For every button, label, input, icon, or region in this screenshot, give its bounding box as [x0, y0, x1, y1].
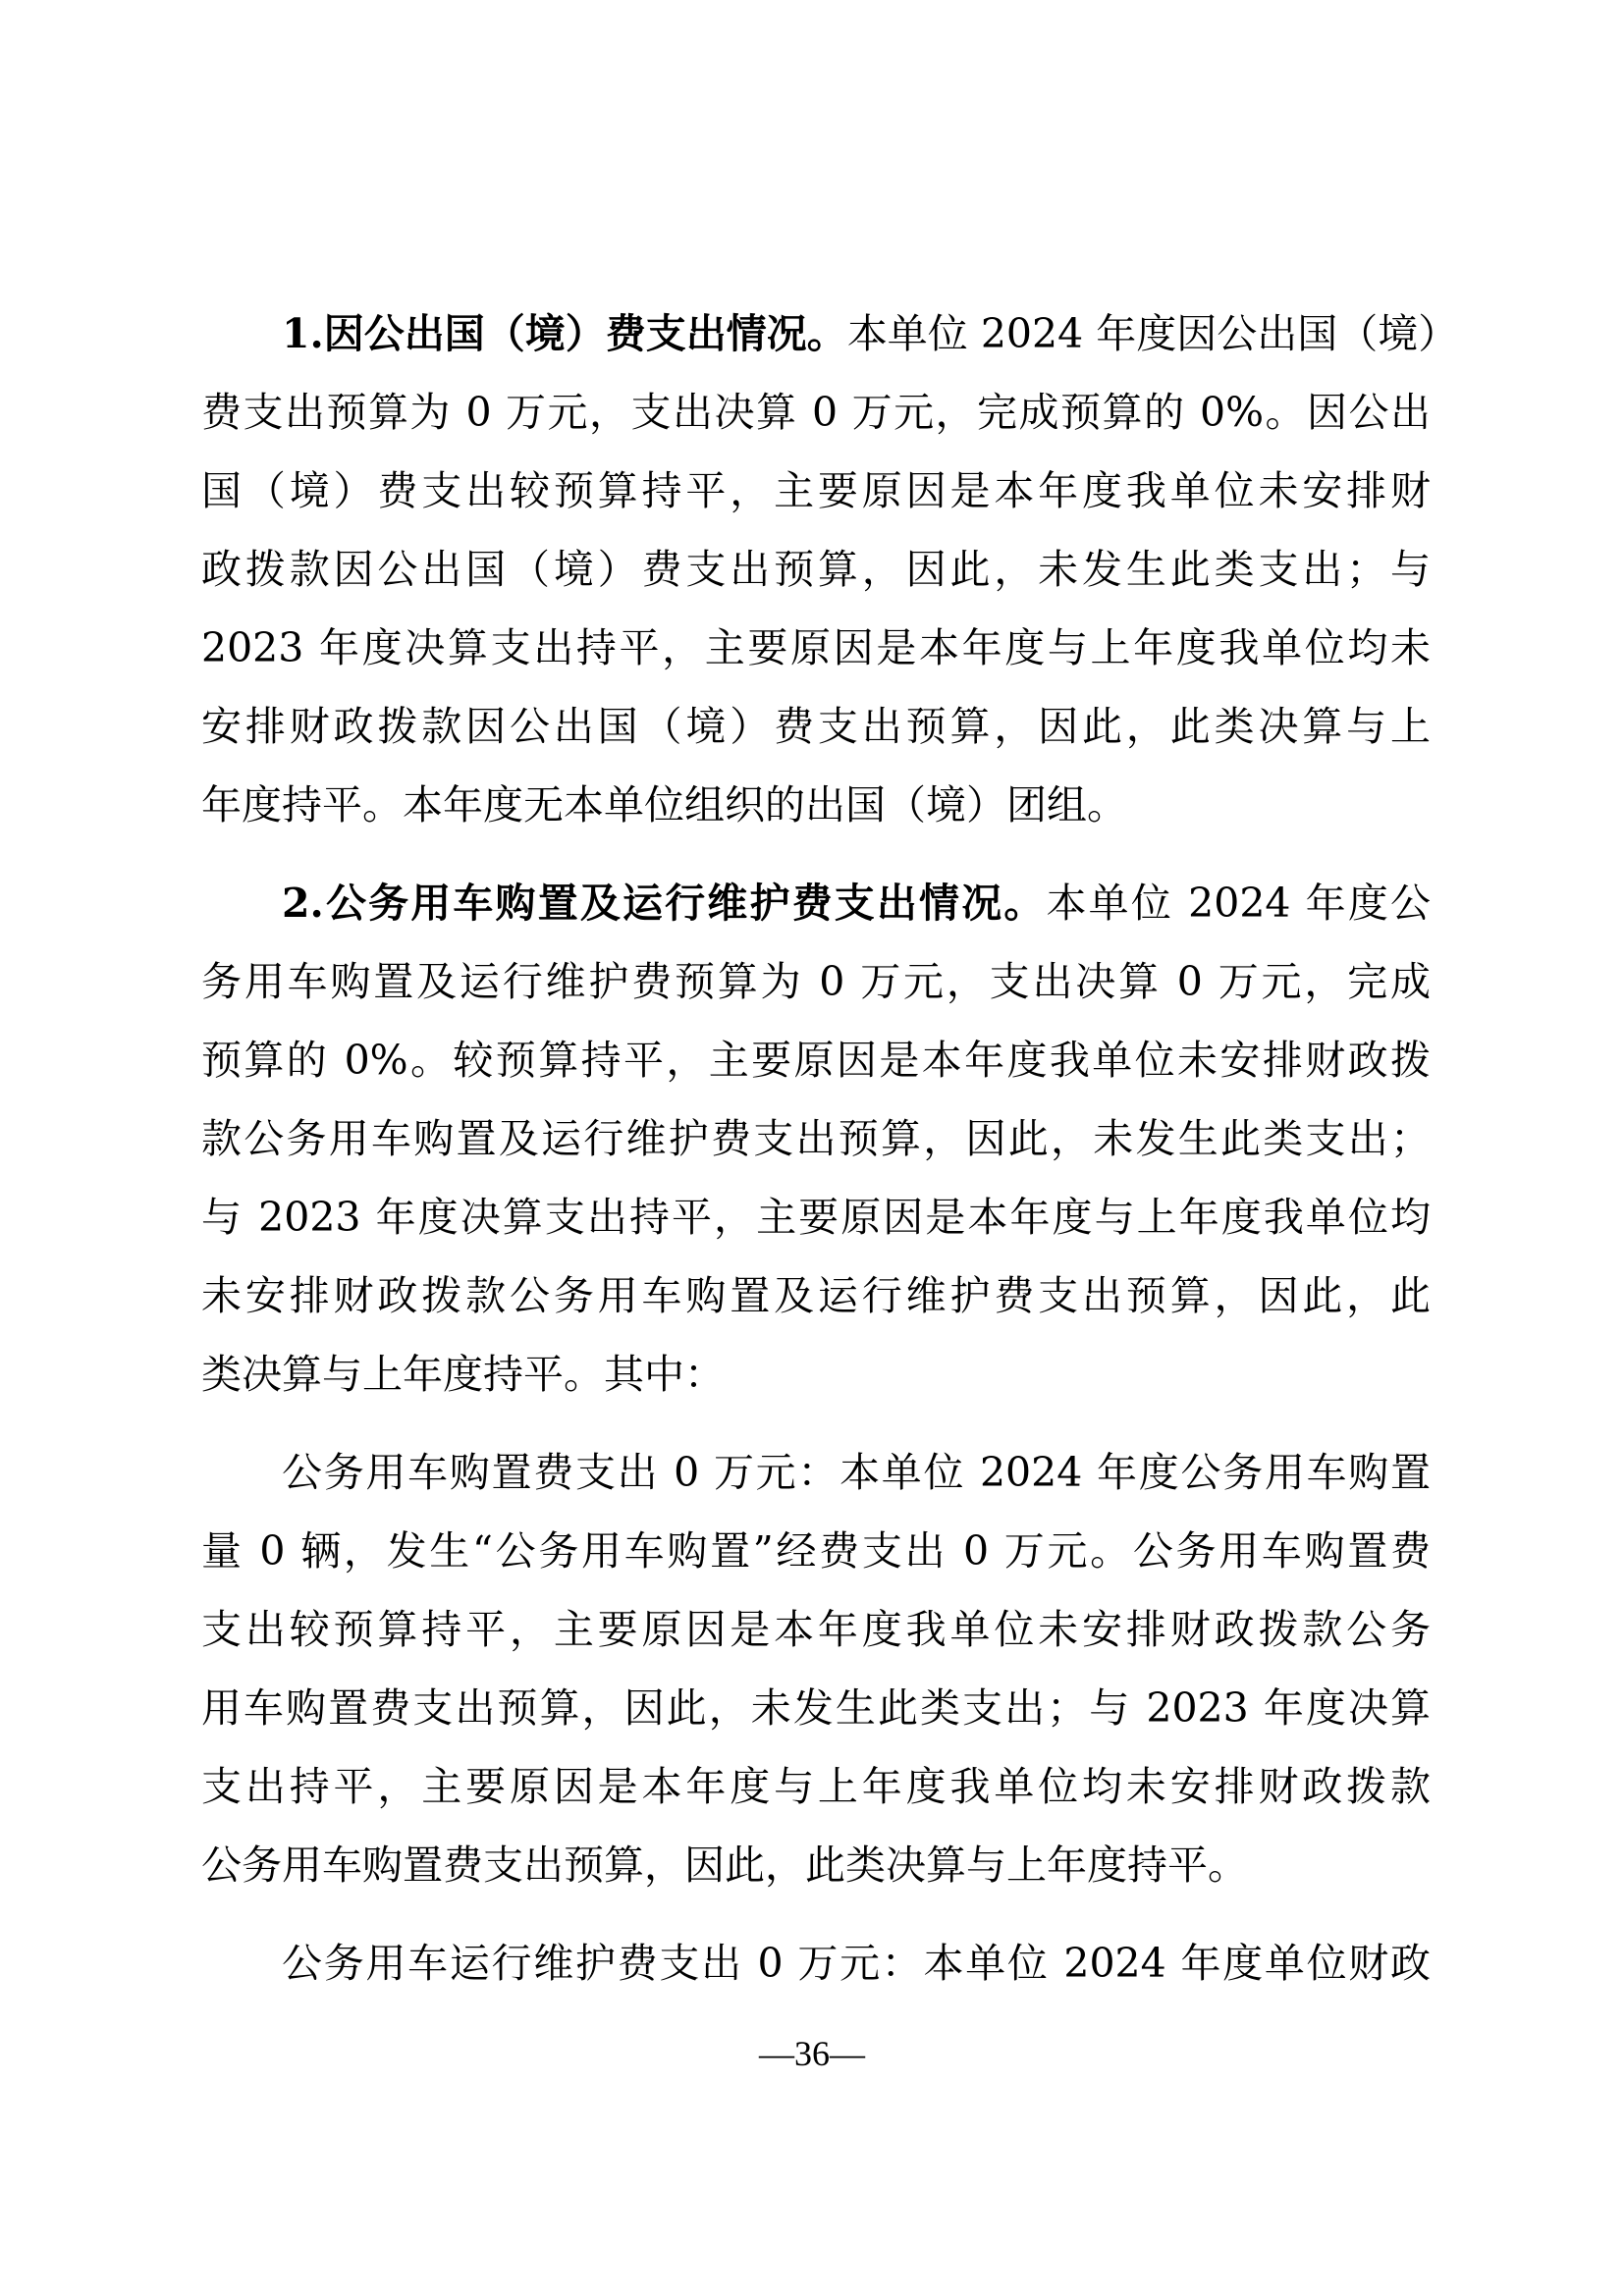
paragraph-vehicle-purchase-and-maintenance: 2.公务用车购置及运行维护费支出情况。本单位 2024 年度公 务用车购置及运行… [201, 876, 1431, 1425]
text-line: 公务用车购置费支出预算，因此，此类决算与上年度持平。 [201, 1838, 1431, 1916]
body-text: 1.因公出国（境）费支出情况。本单位 2024 年度因公出国（境） 费支出预算为… [201, 306, 1431, 2034]
text-line: 支出较预算持平，主要原因是本年度我单位未安排财政拨款公务 [201, 1602, 1431, 1681]
text-line: 2.公务用车购置及运行维护费支出情况。本单位 2024 年度公 [201, 876, 1431, 954]
line-text: 年度持平。本年度无本单位组织的出国（境）团组。 [201, 777, 1431, 832]
text-line: 与 2023 年度决算支出持平，主要原因是本年度与上年度我单位均 [201, 1190, 1431, 1268]
line-text: 用车购置费支出预算，因此，未发生此类支出；与 2023 年度决算 [201, 1681, 1431, 1735]
line-text: 务用车购置及运行维护费预算为 0 万元，支出决算 0 万元，完成 [201, 954, 1431, 1009]
text-line: 支出持平，主要原因是本年度与上年度我单位均未安排财政拨款 [201, 1759, 1431, 1838]
line-text: 与 2023 年度决算支出持平，主要原因是本年度与上年度我单位均 [201, 1190, 1431, 1245]
section-heading: 1.因公出国（境）费支出情况。 [282, 310, 847, 357]
paragraph-vehicle-maintenance: 公务用车运行维护费支出 0 万元：本单位 2024 年度单位财政 [201, 1936, 1431, 2014]
line-text: 安排财政拨款因公出国（境）费支出预算，因此，此类决算与上 [201, 699, 1431, 754]
text-line: 费支出预算为 0 万元，支出决算 0 万元，完成预算的 0%。因公出 [201, 385, 1431, 463]
text-line: 预算的 0%。较预算持平，主要原因是本年度我单位未安排财政拨 [201, 1033, 1431, 1111]
line-text: 2023 年度决算支出持平，主要原因是本年度与上年度我单位均未 [201, 620, 1431, 675]
line-text: 公务用车购置费支出预算，因此，此类决算与上年度持平。 [201, 1838, 1431, 1893]
text-line: 量 0 辆，发生“公务用车购置”经费支出 0 万元。公务用车购置费 [201, 1523, 1431, 1602]
line-text: 未安排财政拨款公务用车购置及运行维护费支出预算，因此，此 [201, 1268, 1431, 1323]
page-number: —36— [0, 2034, 1624, 2073]
line-text: 量 0 辆，发生“公务用车购置”经费支出 0 万元。公务用车购置费 [201, 1523, 1431, 1578]
line-text: 费支出预算为 0 万元，支出决算 0 万元，完成预算的 0%。因公出 [201, 385, 1431, 440]
text-line: 年度持平。本年度无本单位组织的出国（境）团组。 [201, 777, 1431, 856]
text-line: 政拨款因公出国（境）费支出预算，因此，未发生此类支出；与 [201, 542, 1431, 620]
line-text: 类决算与上年度持平。其中： [201, 1347, 1431, 1402]
section-heading: 2.公务用车购置及运行维护费支出情况。 [282, 880, 1047, 927]
text-line: 公务用车运行维护费支出 0 万元：本单位 2024 年度单位财政 [201, 1936, 1431, 2014]
line-text: 国（境）费支出较预算持平，主要原因是本年度我单位未安排财 [201, 463, 1431, 518]
paragraph-vehicle-purchase: 公务用车购置费支出 0 万元：本单位 2024 年度公务用车购置 量 0 辆，发… [201, 1445, 1431, 1916]
text-line: 款公务用车购置及运行维护费支出预算，因此，未发生此类支出； [201, 1111, 1431, 1190]
text-line: 2023 年度决算支出持平，主要原因是本年度与上年度我单位均未 [201, 620, 1431, 699]
line-text: 本单位 2024 年度因公出国（境） [847, 310, 1458, 357]
line-text: 公务用车购置费支出 0 万元：本单位 2024 年度公务用车购置 [282, 1445, 1431, 1500]
line-text: 支出较预算持平，主要原因是本年度我单位未安排财政拨款公务 [201, 1602, 1431, 1657]
paragraph-overseas-travel: 1.因公出国（境）费支出情况。本单位 2024 年度因公出国（境） 费支出预算为… [201, 306, 1431, 856]
text-line: 1.因公出国（境）费支出情况。本单位 2024 年度因公出国（境） [201, 306, 1431, 385]
text-line: 国（境）费支出较预算持平，主要原因是本年度我单位未安排财 [201, 463, 1431, 542]
line-text: 政拨款因公出国（境）费支出预算，因此，未发生此类支出；与 [201, 542, 1431, 597]
text-line: 公务用车购置费支出 0 万元：本单位 2024 年度公务用车购置 [201, 1445, 1431, 1523]
line-text: 支出持平，主要原因是本年度与上年度我单位均未安排财政拨款 [201, 1759, 1431, 1814]
line-text: 公务用车运行维护费支出 0 万元：本单位 2024 年度单位财政 [282, 1936, 1431, 1991]
line-text: 预算的 0%。较预算持平，主要原因是本年度我单位未安排财政拨 [201, 1033, 1431, 1088]
document-page: 1.因公出国（境）费支出情况。本单位 2024 年度因公出国（境） 费支出预算为… [0, 0, 1624, 2296]
text-line: 类决算与上年度持平。其中： [201, 1347, 1431, 1425]
text-line: 务用车购置及运行维护费预算为 0 万元，支出决算 0 万元，完成 [201, 954, 1431, 1033]
text-line: 用车购置费支出预算，因此，未发生此类支出；与 2023 年度决算 [201, 1681, 1431, 1759]
text-line: 安排财政拨款因公出国（境）费支出预算，因此，此类决算与上 [201, 699, 1431, 777]
line-text: 本单位 2024 年度公 [1047, 880, 1431, 927]
line-text: 款公务用车购置及运行维护费支出预算，因此，未发生此类支出； [201, 1111, 1431, 1166]
text-line: 未安排财政拨款公务用车购置及运行维护费支出预算，因此，此 [201, 1268, 1431, 1347]
